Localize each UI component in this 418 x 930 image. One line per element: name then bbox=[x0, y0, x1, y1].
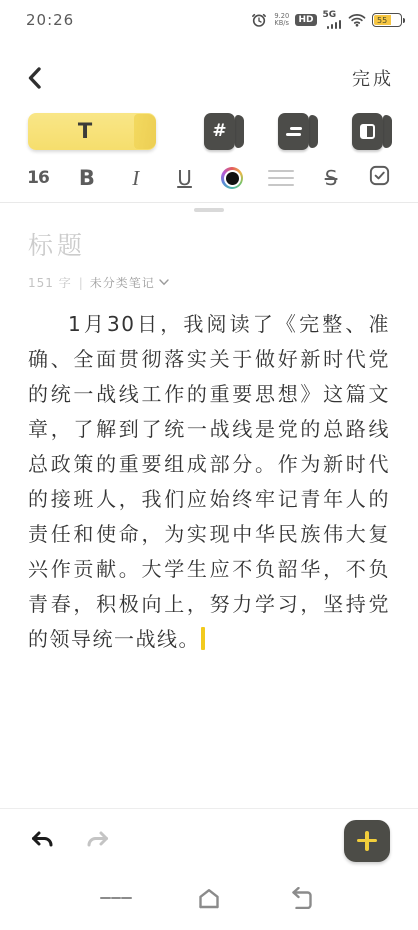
category-label: 未分类笔记 bbox=[90, 274, 155, 291]
color-ring-icon bbox=[224, 170, 241, 187]
undo-icon bbox=[28, 827, 56, 855]
checkbox-icon bbox=[368, 164, 391, 187]
status-time: 20:26 bbox=[26, 11, 74, 29]
list-lines-icon bbox=[286, 124, 302, 139]
plus-icon bbox=[357, 831, 377, 851]
chevron-down-icon bbox=[159, 279, 169, 286]
text-style-button[interactable]: T bbox=[28, 113, 156, 150]
alarm-icon bbox=[251, 12, 268, 29]
nav-back-button[interactable] bbox=[286, 882, 318, 914]
redo-icon bbox=[84, 827, 112, 855]
signal-bars-icon bbox=[327, 20, 342, 29]
font-size-button[interactable]: 16 bbox=[26, 168, 50, 188]
notes-editor-screen: 20:26 9.20 KB/s HD 5G 55 bbox=[0, 0, 418, 930]
checkbox-button[interactable] bbox=[368, 164, 392, 192]
cellular-signal-icon: 5G bbox=[323, 11, 342, 29]
meta-separator: | bbox=[79, 276, 83, 290]
tag-button[interactable]: # bbox=[204, 113, 244, 150]
format-toolbar: 16 B I U S bbox=[0, 154, 418, 202]
underline-button[interactable]: U bbox=[173, 166, 197, 190]
done-button[interactable]: 完成 bbox=[352, 65, 394, 91]
italic-button[interactable]: I bbox=[124, 166, 148, 191]
template-button[interactable] bbox=[278, 113, 318, 150]
top-nav: 完成 bbox=[0, 48, 418, 108]
title-input[interactable]: 标题 bbox=[28, 226, 390, 262]
strikethrough-button[interactable]: S bbox=[319, 166, 343, 190]
wifi-icon bbox=[347, 12, 366, 28]
redo-button[interactable] bbox=[84, 827, 112, 855]
network-type-label: 5G bbox=[323, 11, 337, 20]
category-selector[interactable]: 未分类笔记 bbox=[90, 274, 169, 291]
line-spacing-button[interactable] bbox=[268, 170, 294, 186]
style-toolbar: T # bbox=[0, 108, 418, 154]
back-button[interactable] bbox=[24, 60, 60, 96]
home-button[interactable] bbox=[193, 882, 225, 914]
sidebar-layout-icon bbox=[360, 124, 375, 139]
char-count: 151 字 bbox=[28, 274, 72, 291]
android-nav-bar bbox=[0, 872, 418, 930]
note-editor: 标题 151 字 | 未分类笔记 1月30日，我阅读了《完整、准确、全面贯彻落实… bbox=[0, 212, 418, 808]
chevron-left-icon bbox=[24, 66, 46, 90]
toolbar-divider bbox=[0, 202, 418, 203]
battery-icon: 55 bbox=[372, 13, 402, 27]
body-text: 1月30日，我阅读了《完整、准确、全面贯彻落实关于做好新时代党的统一战线工作的重… bbox=[28, 312, 390, 651]
add-content-button[interactable] bbox=[344, 820, 390, 862]
status-icons: 9.20 KB/s HD 5G 55 bbox=[251, 11, 402, 29]
return-arrow-icon bbox=[289, 887, 315, 909]
text-color-button[interactable] bbox=[221, 167, 243, 189]
undo-button[interactable] bbox=[28, 827, 56, 855]
text-cursor bbox=[201, 627, 205, 650]
note-meta: 151 字 | 未分类笔记 bbox=[28, 274, 390, 291]
layout-button[interactable] bbox=[352, 113, 392, 150]
body-text-area[interactable]: 1月30日，我阅读了《完整、准确、全面贯彻落实关于做好新时代党的统一战线工作的重… bbox=[28, 307, 390, 657]
status-bar: 20:26 9.20 KB/s HD 5G 55 bbox=[0, 0, 418, 40]
network-speed-unit: KB/s bbox=[274, 20, 289, 27]
bold-button[interactable]: B bbox=[75, 166, 99, 190]
hash-icon: # bbox=[212, 121, 226, 141]
text-style-label: T bbox=[78, 119, 92, 143]
battery-percent: 55 bbox=[377, 16, 387, 25]
insert-key-group: # bbox=[204, 113, 392, 150]
network-speed-indicator: 9.20 KB/s bbox=[274, 13, 290, 27]
hd-icon: HD bbox=[295, 14, 316, 27]
bottom-toolbar bbox=[0, 808, 418, 872]
recents-button[interactable] bbox=[100, 882, 132, 914]
home-icon bbox=[196, 886, 222, 910]
